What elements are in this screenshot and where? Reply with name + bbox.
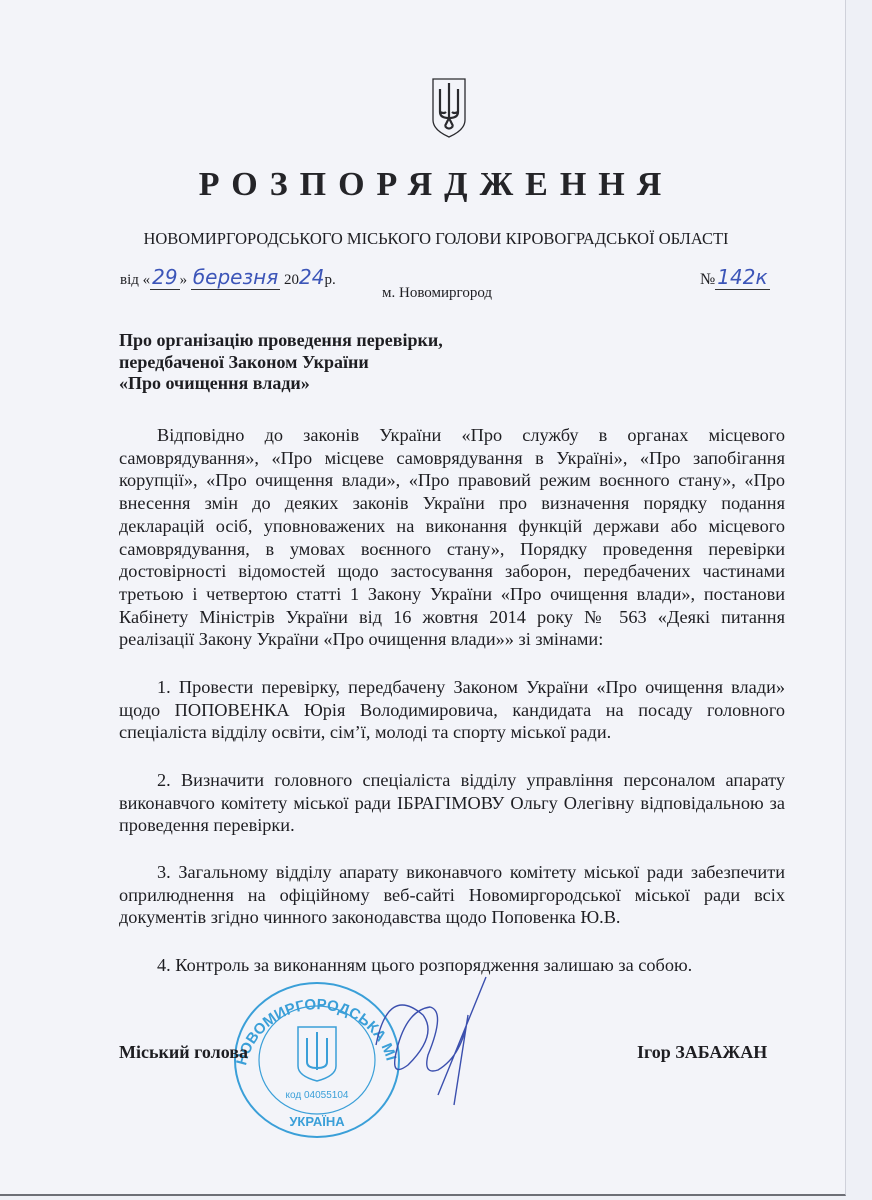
date-month: березня (191, 265, 280, 290)
stamp-code: код 04055104 (286, 1090, 349, 1101)
order-item-2: 2. Визначити головного спеціаліста відді… (119, 769, 785, 837)
date-day: 29 (150, 265, 179, 290)
number-value: 142к (715, 265, 769, 290)
order-item-text: 3. Загальному відділу апарату виконавчог… (119, 861, 785, 929)
preamble: Відповідно до законів України «Про служб… (119, 424, 785, 651)
subject-line: передбаченої Законом України (119, 352, 443, 374)
stamp-bottom-text: УКРАЇНА (289, 1114, 345, 1129)
trident-coat-of-arms-icon (431, 76, 467, 139)
date-mid: » (180, 272, 188, 288)
signatory-position: Міський голова (119, 1042, 248, 1063)
handwritten-signature (368, 975, 498, 1120)
document-number: №142к (700, 265, 770, 289)
order-item-text: 2. Визначити головного спеціаліста відді… (119, 769, 785, 837)
order-item-3: 3. Загальному відділу апарату виконавчог… (119, 861, 785, 929)
document-date: від «29» березня 2024р. (120, 265, 336, 289)
preamble-text: Відповідно до законів України «Про служб… (119, 424, 785, 651)
document-page: РОЗПОРЯДЖЕННЯ НОВОМИРГОРОДСЬКОГО МІСЬКОГ… (0, 0, 846, 1196)
signatory-name: Ігор ЗАБАЖАН (637, 1042, 767, 1063)
subject-line: Про організацію проведення перевірки, (119, 330, 443, 352)
document-subject: Про організацію проведення перевірки, пе… (119, 330, 443, 395)
document-city: м. Новомиргород (382, 285, 492, 302)
subject-line: «Про очищення влади» (119, 373, 443, 395)
date-year-prefix: 20 (284, 272, 299, 288)
document-title: РОЗПОРЯДЖЕННЯ (0, 166, 872, 204)
order-item-text: 4. Контроль за виконанням цього розпоряд… (119, 954, 785, 977)
issuing-authority: НОВОМИРГОРОДСЬКОГО МІСЬКОГО ГОЛОВИ КІРОВ… (0, 229, 872, 249)
order-item-text: 1. Провести перевірку, передбачену Закон… (119, 676, 785, 744)
date-year-suffix: 24 (299, 265, 324, 289)
number-sign: № (700, 271, 715, 288)
date-prefix: від « (120, 272, 150, 288)
order-item-4: 4. Контроль за виконанням цього розпоряд… (119, 954, 785, 977)
order-item-1: 1. Провести перевірку, передбачену Закон… (119, 676, 785, 744)
date-suffix: р. (324, 272, 335, 288)
